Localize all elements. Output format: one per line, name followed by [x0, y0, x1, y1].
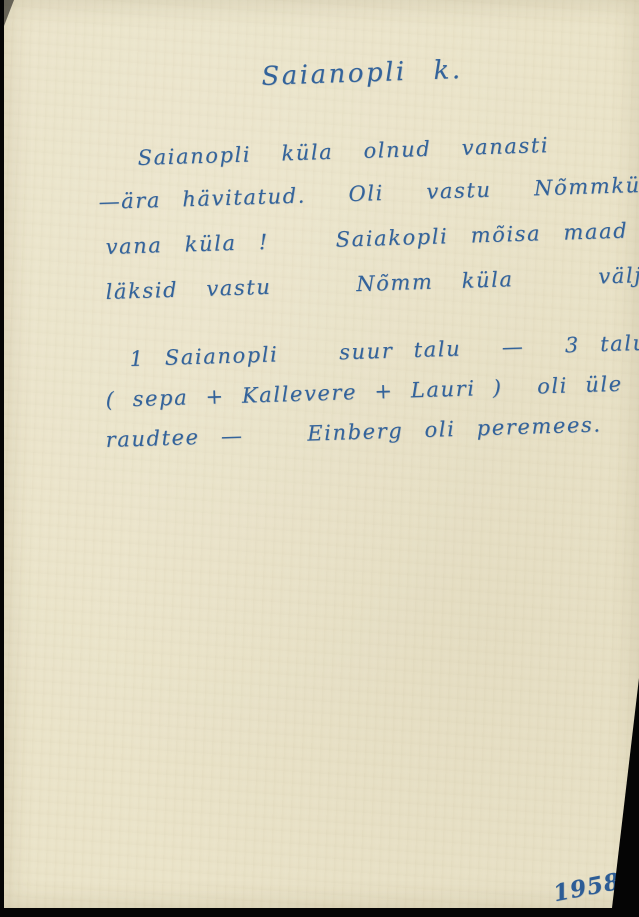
handwritten-line-4: läksid vastu Nõmm küla välja.: [105, 262, 639, 304]
handwritten-line-6: ( sepa + Kallevere + Lauri ) oli üle: [105, 372, 623, 412]
handwritten-line-2: —ära hävitatud. Oli vastu Nõmmküla: [98, 172, 639, 214]
paper-sheet: Saianopli k. Saianopli küla olnud vanast…: [4, 0, 639, 908]
scanned-page: Saianopli k. Saianopli küla olnud vanast…: [0, 0, 639, 917]
handwritten-line-7: raudtee — Einberg oli peremees.: [105, 412, 602, 452]
page-title: Saianopli k.: [261, 55, 463, 92]
handwritten-line-3: vana küla ! Saiakopli mõisa maad: [105, 219, 628, 259]
handwritten-line-1: Saianopli küla olnud vanasti: [137, 133, 549, 170]
year-annotation: 1958: [551, 868, 623, 907]
handwritten-line-5: 1 Saianopli suur talu — 3 talu koos: [129, 328, 639, 371]
